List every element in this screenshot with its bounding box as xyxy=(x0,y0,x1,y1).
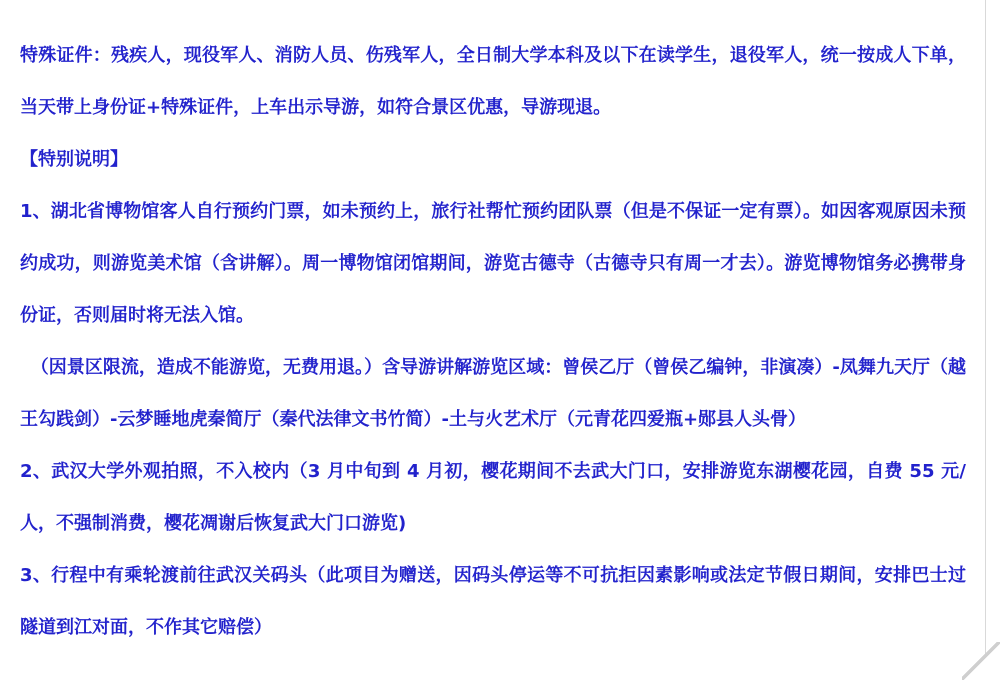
document-body: 特殊证件：残疾人，现役军人、消防人员、伤残军人，全日制大学本科及以下在读学生，退… xyxy=(20,30,966,654)
paragraph-special-certificates: 特殊证件：残疾人，现役军人、消防人员、伤残军人，全日制大学本科及以下在读学生，退… xyxy=(20,30,966,134)
paragraph-item1-museum-zones: （因景区限流，造成不能游览，无费用退。）含导游讲解游览区域：曾侯乙厅（曾侯乙编钟… xyxy=(20,342,966,446)
heading-special-note: 【特别说明】 xyxy=(20,134,966,186)
paragraph-item1-museum: 1、湖北省博物馆客人自行预约门票，如未预约上，旅行社帮忙预约团队票（但是不保证一… xyxy=(20,186,966,342)
page-right-border xyxy=(985,0,986,680)
paragraph-item2-wuhan-university: 2、武汉大学外观拍照，不入校内（3 月中旬到 4 月初，樱花期间不去武大门口，安… xyxy=(20,446,966,550)
document-page: 特殊证件：残疾人，现役军人、消防人员、伤残军人，全日制大学本科及以下在读学生，退… xyxy=(0,0,1000,680)
page-corner-fold xyxy=(962,642,1000,680)
paragraph-item3-ferry: 3、行程中有乘轮渡前往武汉关码头（此项目为赠送，因码头停运等不可抗拒因素影响或法… xyxy=(20,550,966,654)
